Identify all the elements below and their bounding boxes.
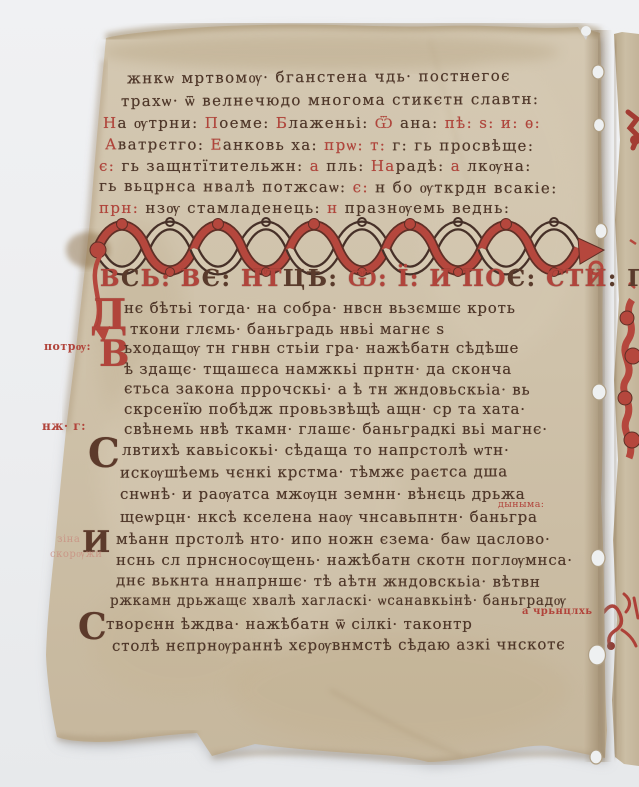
manuscript-text: жнкѡ мртвомѹ· бганстена чдь· постнегоє т…	[0, 0, 639, 787]
text-line: нє бѣтьі тогда· на собра· нвсн вьзємшє к…	[124, 301, 516, 316]
text-line: щеѡрцн· нксѣ кселена наѹ чнсавьпнтн· бан…	[120, 510, 538, 525]
text-line: скрсенїю побѣдж провьзвѣщѣ ащн· ср та ха…	[124, 402, 526, 417]
drop-cap-initial: Д	[90, 296, 127, 334]
text-line: жнкѡ мртвомѹ· бганстена чдь· постнегоє	[127, 69, 511, 87]
text-line: лвтихѣ кавьісокьі· сѣдаща то напрстолѣ ѡ…	[122, 443, 510, 458]
text-line: искѹшѣемь чєнкі крстма· тѣмжє раєтса дша	[120, 464, 508, 480]
text-line: ткони глємь· баньградь нвьі магнє ѕ	[130, 322, 445, 337]
text-line: єтьса закона пррочскьі· а ѣ тн жндовьскь…	[124, 381, 531, 397]
text-line: ьходащѹ тн гнвн стьіи гра· нажѣбатн сѣдѣ…	[124, 341, 519, 356]
text-line: прн: нзѹ стамладенець: н празнѹемь веднь…	[99, 201, 510, 216]
text-line: На ѹтрни: Поеме: Блаженьі: Ѿ ана: пѣ: ѕ:…	[103, 116, 541, 131]
margin-note: потрѹ:	[44, 340, 91, 353]
text-line: ржкамн дрьжащє хвалѣ хагласкі· ѡсанавкьі…	[110, 595, 567, 609]
text-line: столѣ нєпрнѹраннѣ хєрѹвнмстѣ сѣдаю азкі …	[112, 637, 566, 654]
text-line: снѡнѣ· и раѹатса мжѹцн земнн· вѣнєць дрь…	[120, 487, 526, 502]
text-line: Аватрєтго: Еанковь ха: прѡ: т: г: гь про…	[105, 137, 534, 153]
margin-note: зіна	[57, 534, 80, 545]
heading-line: ВСЬ: ВЄ: НТЦѢ: Ѡ: Ї: И ПОЄ: СТИ: Г: И: В…	[100, 267, 639, 290]
drop-cap-initial: С	[78, 611, 107, 643]
text-line: мѣанн прстолѣ нто· ипо ножн єзема· баѡ ц…	[116, 532, 551, 547]
manuscript-photo: жнкѡ мртвомѹ· бганстена чдь· постнегоє т…	[0, 0, 639, 787]
text-line: трахѡ· ѿ велнечюдо многома стикєтн славт…	[121, 92, 539, 109]
text-line: творєнн ѣждва· нажѣбатн ѿ сілкі· таконтр	[106, 617, 473, 632]
margin-note: а чрьнцлхь	[522, 606, 593, 617]
text-line: нснь сл прнсносѹщень· нажѣбатн скотн пог…	[116, 553, 573, 568]
text-line: ѣ здащє· тщашєса намжкьі прнтн· да сконч…	[124, 362, 512, 377]
margin-note: скорѹжи	[50, 549, 102, 560]
text-line: свѣнемь нвѣ ткамн· глашє· баньградкі вьі…	[124, 422, 548, 437]
text-line: є: гь защнтїтительжн: а пль: Нарадѣ: а л…	[99, 159, 532, 174]
margin-note: нж· г:	[42, 419, 86, 433]
text-line: гь вьцрнса нвалѣ потжсаѡ: є: н бо ѹткрдн…	[99, 179, 558, 196]
text-line: днє вькнта ннапрншє· тѣ аѣтн жндовскьіа·…	[116, 573, 541, 589]
drop-cap-initial: С	[88, 436, 120, 472]
